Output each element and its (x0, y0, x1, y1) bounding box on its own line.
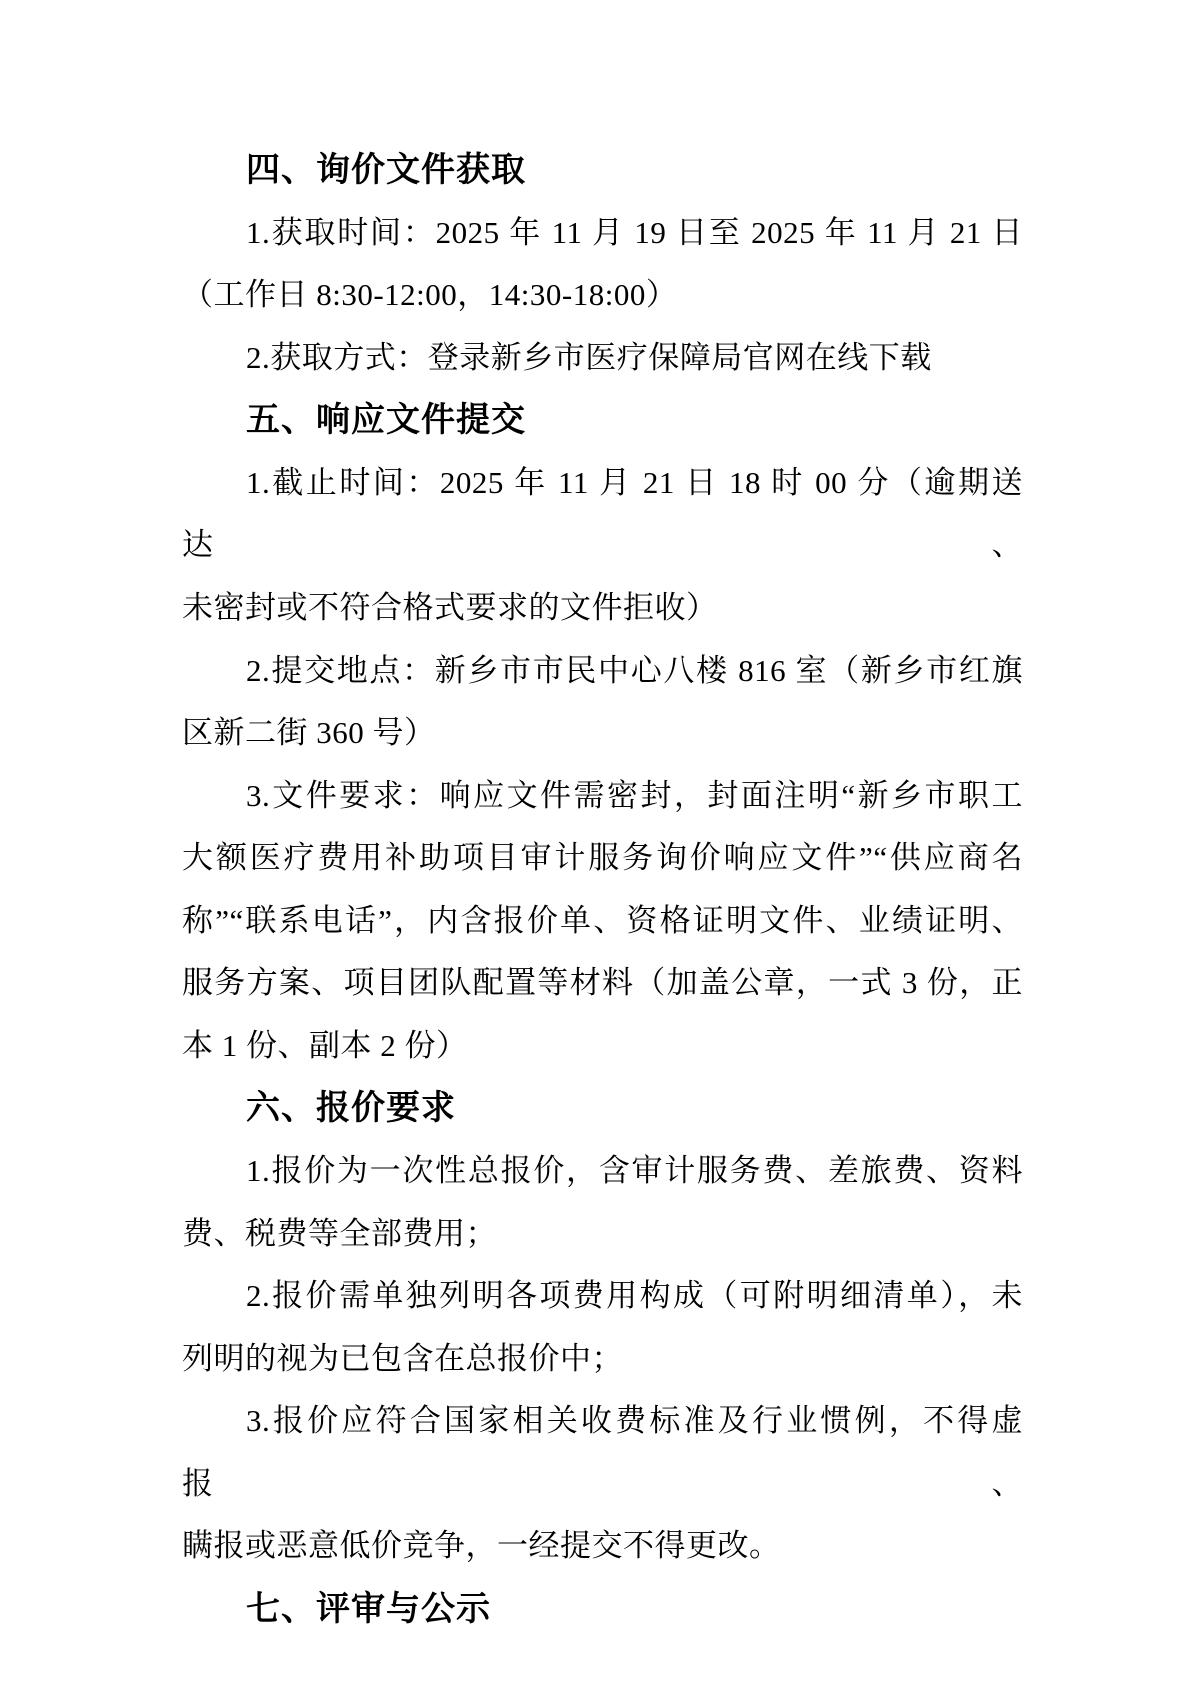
text-line: 瞒报或恶意低价竞争，一经提交不得更改。 (182, 1515, 1023, 1578)
text-line: 未密封或不符合格式要求的文件拒收） (182, 577, 1023, 640)
text-line: 3.报价应符合国家相关收费标准及行业惯例，不得虚报、 (182, 1390, 1023, 1515)
text-line: 称”“联系电话”，内含报价单、资格证明文件、业绩证明、 (182, 890, 1023, 953)
section-heading: 五、响应文件提交 (182, 389, 1023, 452)
text-line: 3.文件要求：响应文件需密封，封面注明“新乡市职工 (182, 765, 1023, 828)
section-heading: 四、询价文件获取 (182, 139, 1023, 202)
text-line: （工作日 8:30-12:00，14:30-18:00） (182, 264, 1023, 327)
text-line: 区新二街 360 号） (182, 702, 1023, 765)
section-heading: 七、评审与公示 (182, 1578, 1023, 1641)
text-line: 费、税费等全部费用； (182, 1203, 1023, 1266)
text-line: 列明的视为已包含在总报价中； (182, 1328, 1023, 1391)
text-line: 2.获取方式：登录新乡市医疗保障局官网在线下载 (182, 327, 1023, 390)
text-line: 本 1 份、副本 2 份） (182, 1015, 1023, 1078)
text-line: 2.提交地点：新乡市市民中心八楼 816 室（新乡市红旗 (182, 640, 1023, 703)
document-page: 四、询价文件获取1.获取时间：2025 年 11 月 19 日至 2025 年 … (0, 0, 1190, 1683)
text-line: 2.报价需单独列明各项费用构成（可附明细清单），未 (182, 1265, 1023, 1328)
document-body: 四、询价文件获取1.获取时间：2025 年 11 月 19 日至 2025 年 … (182, 139, 1023, 1641)
text-line: 1.报价为一次性总报价，含审计服务费、差旅费、资料 (182, 1140, 1023, 1203)
text-line: 服务方案、项目团队配置等材料（加盖公章，一式 3 份，正 (182, 952, 1023, 1015)
text-line: 大额医疗费用补助项目审计服务询价响应文件”“供应商名 (182, 827, 1023, 890)
section-heading: 六、报价要求 (182, 1077, 1023, 1140)
text-line: 1.截止时间：2025 年 11 月 21 日 18 时 00 分（逾期送达、 (182, 452, 1023, 577)
text-line: 1.获取时间：2025 年 11 月 19 日至 2025 年 11 月 21 … (182, 202, 1023, 265)
